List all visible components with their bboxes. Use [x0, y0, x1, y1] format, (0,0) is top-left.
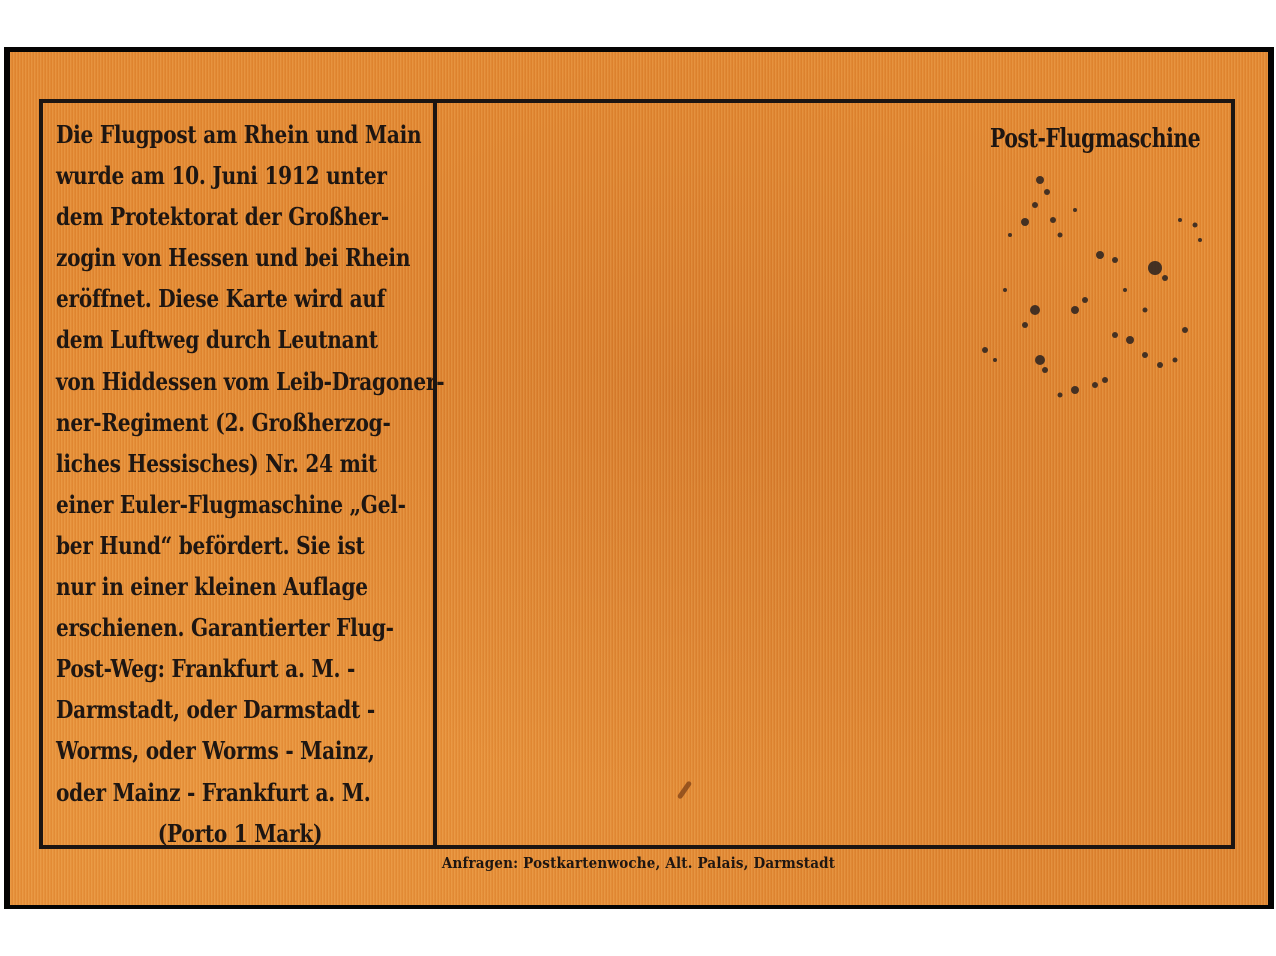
publisher-text: Anfragen: Postkartenwoche, Alt. Palais, … [442, 854, 835, 872]
message-line: dem Luftweg durch Leutnant [56, 319, 424, 360]
message-line: einer Euler-Flugmaschine „Gel- [56, 484, 424, 525]
message-line: ner-Regiment (2. Großherzog- [56, 402, 424, 443]
message-line: erschienen. Garantierter Flug- [56, 607, 424, 648]
message-line: liches Hessisches) Nr. 24 mit [56, 443, 424, 484]
message-line: zogin von Hessen und bei Rhein [56, 237, 424, 278]
message-panel: Die Flugpost am Rhein und Main wurde am … [56, 114, 424, 854]
postage-note: (Porto 1 Mark) [56, 813, 424, 854]
panel-divider [433, 99, 437, 849]
message-line: Die Flugpost am Rhein und Main [56, 114, 424, 155]
message-line: nur in einer kleinen Auflage [56, 566, 424, 607]
message-line: Darmstadt, oder Darmstadt - [56, 689, 424, 730]
message-line: wurde am 10. Juni 1912 unter [56, 155, 424, 196]
message-line: Post-Weg: Frankfurt a. M. - [56, 648, 424, 689]
publisher-footer: Anfragen: Postkartenwoche, Alt. Palais, … [10, 854, 1268, 872]
message-line: Worms, oder Worms - Mainz, [56, 730, 424, 771]
message-line: eröffnet. Diese Karte wird auf [56, 278, 424, 319]
message-line: von Hiddessen vom Leib-Dragoner- [56, 361, 424, 402]
postcard: Die Flugpost am Rhein und Main wurde am … [10, 52, 1268, 905]
postmark-icon [965, 160, 1225, 400]
message-line: oder Mainz - Frankfurt a. M. [56, 772, 424, 813]
message-line: dem Protektorat der Großher- [56, 196, 424, 237]
message-line: ber Hund“ befördert. Sie ist [56, 525, 424, 566]
stamp-title: Post-Flugmaschine [990, 124, 1200, 154]
